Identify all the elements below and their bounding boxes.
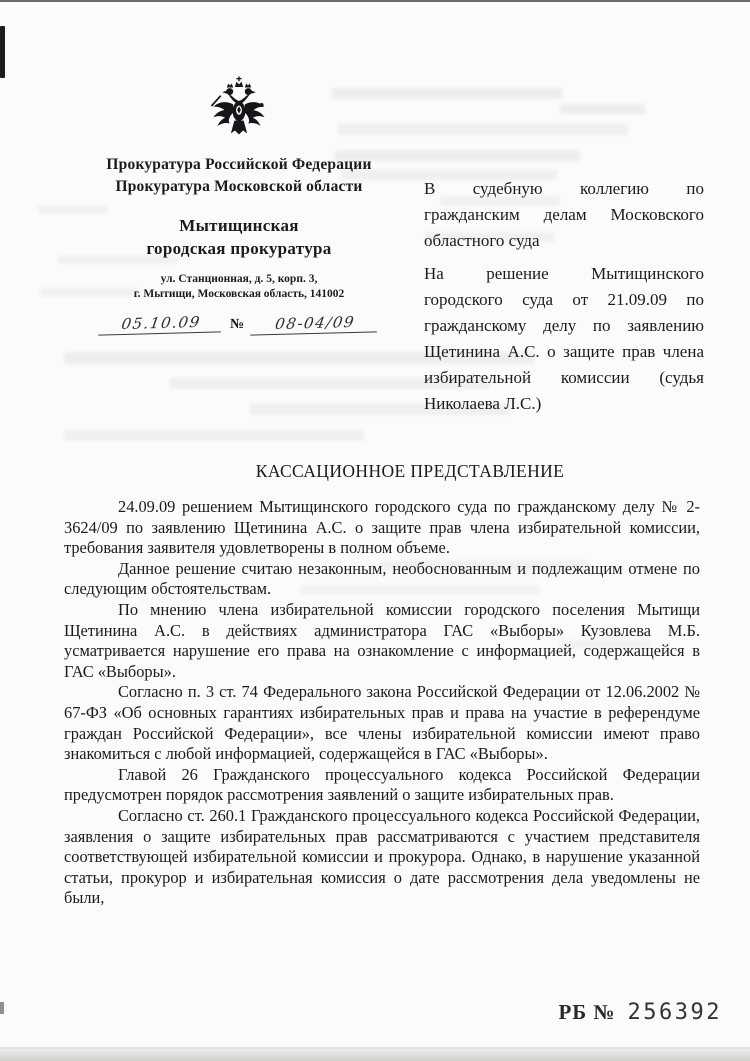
- handwritten-date: 05.10.09: [98, 312, 224, 335]
- addressee-case-reference: На решение Мытищинского городского суда …: [424, 261, 704, 417]
- scan-left-edge-artifact: [0, 26, 5, 78]
- scan-top-edge-artifact: [0, 0, 750, 2]
- letterhead: Прокуратура Российской Федерации Прокура…: [58, 76, 420, 334]
- body-paragraph: Данное решение считаю незаконным, необос…: [64, 559, 700, 600]
- form-series-number: РБ № 256392: [558, 1000, 722, 1025]
- body-paragraph: 24.09.09 решением Мытищинского городског…: [64, 497, 700, 559]
- body-paragraph: По мнению члена избирательной комиссии г…: [64, 600, 700, 682]
- document-body: 24.09.09 решением Мытищинского городског…: [64, 497, 700, 909]
- org-address-line2: г. Мытищи, Московская область, 141002: [58, 287, 420, 302]
- scanned-document-page: Прокуратура Российской Федерации Прокура…: [0, 0, 750, 1061]
- addressee-block: В судебную коллегию по гражданским делам…: [424, 176, 704, 417]
- form-number: 256392: [628, 1000, 722, 1025]
- number-sign: №: [230, 317, 244, 333]
- addressee-court: В судебную коллегию по гражданским делам…: [424, 176, 704, 254]
- outgoing-requisites-row: 05.10.09 № 08-04/09: [58, 308, 420, 334]
- scan-bottom-shadow: [0, 1049, 750, 1061]
- org-region-line: Прокуратура Московской области: [58, 176, 420, 198]
- handwritten-outgoing-number: 08-04/09: [250, 312, 380, 335]
- body-paragraph: Главой 26 Гражданского процессуального к…: [64, 765, 700, 806]
- form-series: РБ №: [558, 1000, 615, 1025]
- document-title: КАССАЦИОННОЕ ПРЕДСТАВЛЕНИЕ: [64, 461, 700, 482]
- scan-left-edge-tick: [0, 1002, 4, 1014]
- org-federation-line: Прокуратура Российской Федерации: [58, 154, 420, 176]
- org-city-name-line1: Мытищинская: [58, 215, 420, 237]
- body-paragraph: Согласно п. 3 ст. 74 Федерального закона…: [64, 682, 700, 764]
- body-paragraph: Согласно ст. 260.1 Гражданского процессу…: [64, 806, 700, 909]
- org-address-line1: ул. Станционная, д. 5, корп. 3,: [58, 272, 420, 287]
- org-city-name-line2: городская прокуратура: [58, 237, 420, 261]
- coat-of-arms-icon: [210, 76, 268, 142]
